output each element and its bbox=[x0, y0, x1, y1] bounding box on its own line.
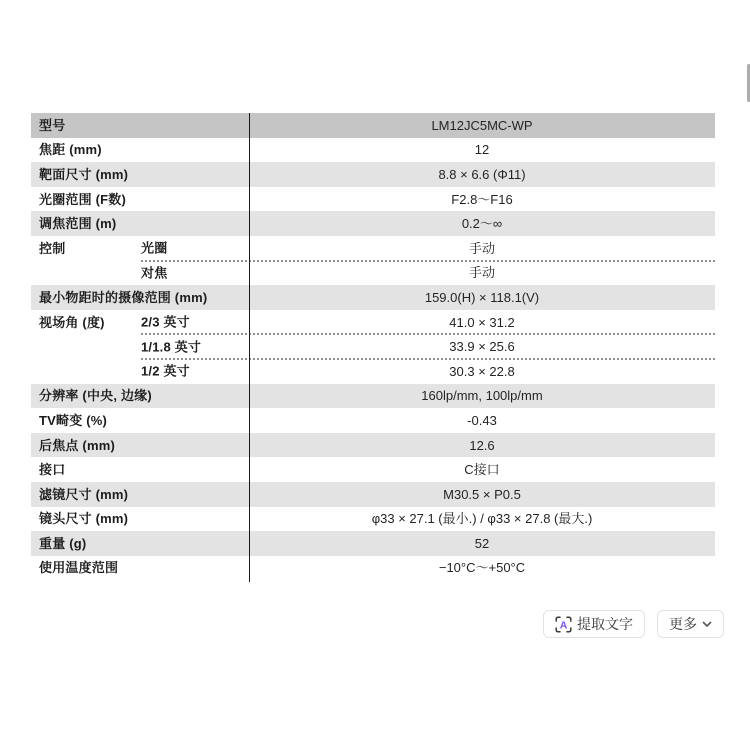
row-value: C接口 bbox=[249, 463, 715, 476]
row-label: 分辨率 (中央, 边缘) bbox=[31, 389, 249, 402]
table-row: 最小物距时的摄像范围 (mm)159.0(H) × 118.1(V) bbox=[31, 285, 715, 310]
row-label: 重量 (g) bbox=[31, 537, 249, 550]
row-label: 镜头尺寸 (mm) bbox=[31, 512, 249, 525]
row-value: 30.3 × 22.8 bbox=[249, 365, 715, 378]
dotted-separator bbox=[141, 260, 715, 262]
row-sublabel: 2/3 英寸 bbox=[141, 316, 190, 329]
bottom-toolbar: A 提取文字 更多 bbox=[543, 610, 724, 638]
row-label: 后焦点 (mm) bbox=[31, 439, 249, 452]
row-sublabel: 1/1.8 英寸 bbox=[141, 340, 201, 353]
row-value: 12 bbox=[249, 143, 715, 156]
table-row: 焦距 (mm)12 bbox=[31, 138, 715, 163]
row-sublabel: 1/2 英寸 bbox=[141, 365, 190, 378]
table-row: 使用温度范围−10°C～+50°C bbox=[31, 556, 715, 581]
table-row: 镜头尺寸 (mm)φ33 × 27.1 (最小.) / φ33 × 27.8 (… bbox=[31, 507, 715, 532]
row-value: −10°C～+50°C bbox=[249, 561, 715, 574]
table-row: 后焦点 (mm)12.6 bbox=[31, 433, 715, 458]
row-value: 159.0(H) × 118.1(V) bbox=[249, 291, 715, 304]
row-label: 接口 bbox=[31, 463, 249, 476]
table-divider bbox=[249, 113, 250, 582]
row-value: 52 bbox=[249, 537, 715, 550]
row-label: 最小物距时的摄像范围 (mm) bbox=[31, 291, 249, 304]
table-row: 重量 (g)52 bbox=[31, 531, 715, 556]
table-row: 控制光圈手动 bbox=[31, 236, 715, 261]
ocr-scan-icon: A bbox=[555, 616, 572, 633]
table-row: 分辨率 (中央, 边缘)160lp/mm, 100lp/mm bbox=[31, 384, 715, 409]
row-label: 调焦范围 (m) bbox=[31, 217, 249, 230]
more-button[interactable]: 更多 bbox=[657, 610, 724, 638]
table-row: 滤镜尺寸 (mm)M30.5 × P0.5 bbox=[31, 482, 715, 507]
dotted-separator bbox=[141, 358, 715, 360]
row-label: 控制 bbox=[31, 242, 249, 255]
table-row: 接口C接口 bbox=[31, 457, 715, 482]
row-value: LM12JC5MC-WP bbox=[249, 119, 715, 132]
row-value: M30.5 × P0.5 bbox=[249, 488, 715, 501]
row-value: -0.43 bbox=[249, 414, 715, 427]
row-value: φ33 × 27.1 (最小.) / φ33 × 27.8 (最大.) bbox=[249, 512, 715, 525]
table-row: 调焦范围 (m)0.2～∞ bbox=[31, 211, 715, 236]
table-row: 1/1.8 英寸33.9 × 25.6 bbox=[31, 334, 715, 359]
table-row: 光圈范围 (F数)F2.8～F16 bbox=[31, 187, 715, 212]
table-row: 型号LM12JC5MC-WP bbox=[31, 113, 715, 138]
spec-table-rows: 型号LM12JC5MC-WP焦距 (mm)12靶面尺寸 (mm)8.8 × 6.… bbox=[31, 113, 715, 580]
table-row: 靶面尺寸 (mm)8.8 × 6.6 (Φ11) bbox=[31, 162, 715, 187]
row-label: 靶面尺寸 (mm) bbox=[31, 168, 249, 181]
table-row: TV畸变 (%)-0.43 bbox=[31, 408, 715, 433]
row-label: 使用温度范围 bbox=[31, 561, 249, 574]
table-row: 1/2 英寸30.3 × 22.8 bbox=[31, 359, 715, 384]
row-label: 光圈范围 (F数) bbox=[31, 193, 249, 206]
row-label: 视场角 (度) bbox=[31, 316, 249, 329]
chevron-down-icon bbox=[702, 621, 712, 628]
row-value: F2.8～F16 bbox=[249, 193, 715, 206]
extract-text-button[interactable]: A 提取文字 bbox=[543, 610, 645, 638]
row-value: 0.2～∞ bbox=[249, 217, 715, 230]
row-value: 160lp/mm, 100lp/mm bbox=[249, 389, 715, 402]
row-value: 手动 bbox=[249, 242, 715, 255]
row-value: 33.9 × 25.6 bbox=[249, 340, 715, 353]
row-value: 41.0 × 31.2 bbox=[249, 316, 715, 329]
table-row: 视场角 (度)2/3 英寸41.0 × 31.2 bbox=[31, 310, 715, 335]
row-sublabel: 对焦 bbox=[141, 266, 167, 279]
extract-text-label: 提取文字 bbox=[577, 614, 633, 634]
row-value: 手动 bbox=[249, 266, 715, 279]
row-label: 焦距 (mm) bbox=[31, 143, 249, 156]
row-label: 滤镜尺寸 (mm) bbox=[31, 488, 249, 501]
dotted-separator bbox=[141, 333, 715, 335]
svg-text:A: A bbox=[560, 619, 568, 631]
table-row: 对焦手动 bbox=[31, 261, 715, 286]
row-value: 12.6 bbox=[249, 439, 715, 452]
row-label: 型号 bbox=[31, 119, 249, 132]
more-label: 更多 bbox=[669, 614, 697, 634]
row-sublabel: 光圈 bbox=[141, 242, 167, 255]
row-label: TV畸变 (%) bbox=[31, 414, 249, 427]
spec-table: 型号LM12JC5MC-WP焦距 (mm)12靶面尺寸 (mm)8.8 × 6.… bbox=[31, 113, 715, 580]
row-value: 8.8 × 6.6 (Φ11) bbox=[249, 168, 715, 181]
